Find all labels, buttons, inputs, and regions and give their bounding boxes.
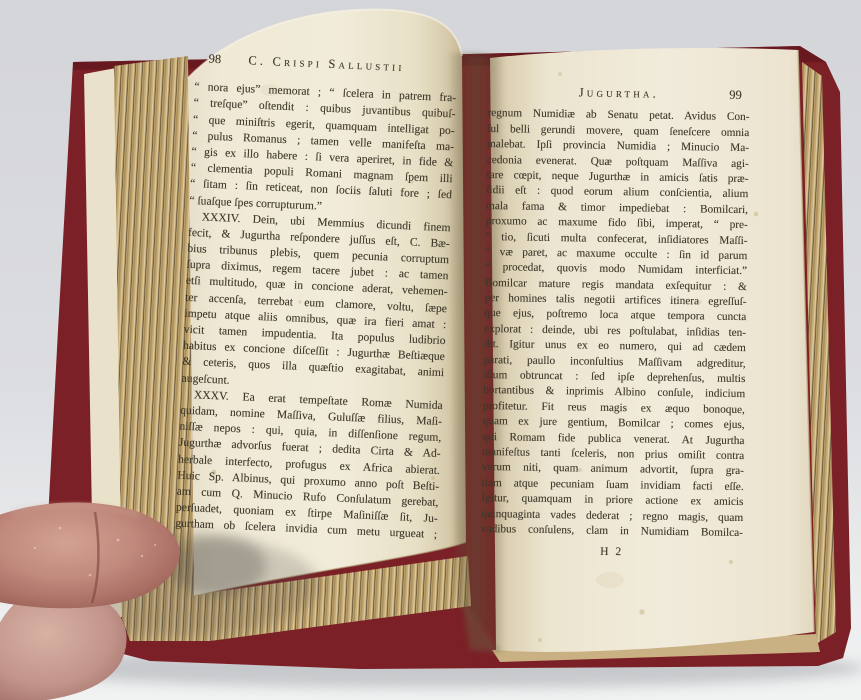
book-photo-scene: 98 C. Crispi Sallustii “ nora ejus” memo… (0, 0, 861, 700)
running-title: Jugurtha. (534, 85, 704, 103)
left-page-body: “ nora ejus” memorat ; “ ſcelera in patr… (175, 79, 457, 543)
page-number: 99 (704, 87, 750, 103)
text-line: vadibus conſulens, clam in Numidiam Bomi… (481, 522, 743, 542)
left-page-text: 98 C. Crispi Sallustii “ nora ejus” memo… (175, 50, 458, 543)
page-number: 98 (195, 50, 242, 68)
right-page-text: Jugurtha. 99 regnum Numidiæ ab Senatu pe… (481, 84, 750, 563)
right-page-header: Jugurtha. 99 (488, 84, 750, 104)
right-page-body: regnum Numidiæ ab Senatu petat. Avidus C… (481, 106, 750, 541)
thumb-tip-shadow (170, 536, 266, 596)
